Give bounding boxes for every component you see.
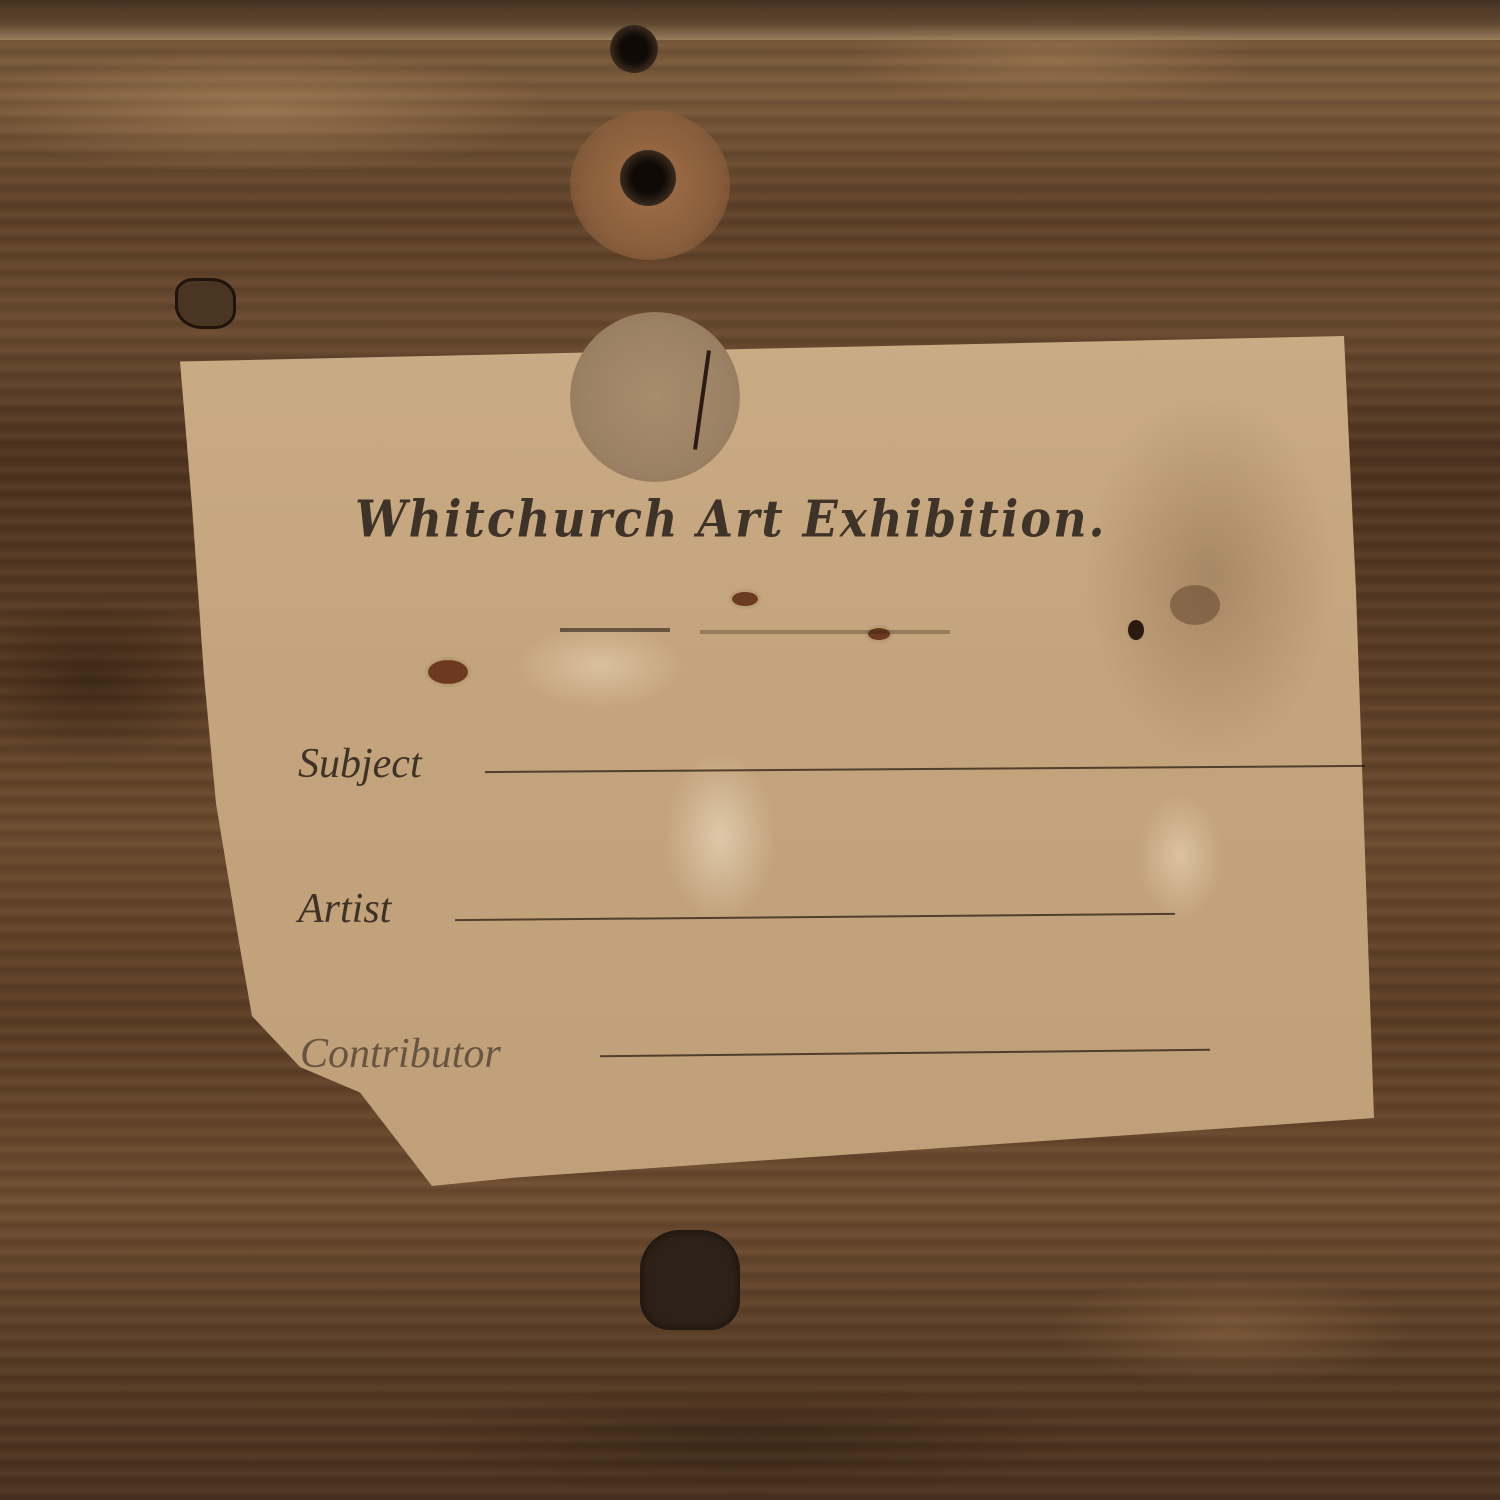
label-heading: Whitchurch Art Exhibition. [355, 489, 1185, 548]
worm-hole-icon [428, 660, 468, 684]
worm-hole-icon [1128, 620, 1144, 640]
worm-hole-icon [732, 592, 758, 606]
ornamental-rule [560, 628, 670, 632]
label-stain [1170, 585, 1220, 625]
nail-hole-icon [640, 1230, 740, 1330]
frame-top-edge [0, 0, 1500, 40]
screw-hole-icon [610, 25, 658, 73]
wood-knot [175, 278, 236, 329]
label-hanger-notch [570, 312, 740, 482]
field-label-contributor: Contributor [300, 1030, 501, 1078]
field-label-artist: Artist [298, 885, 391, 933]
field-label-subject: Subject [298, 740, 422, 788]
ornamental-rule [700, 630, 950, 634]
screw-hole-icon [620, 150, 676, 206]
